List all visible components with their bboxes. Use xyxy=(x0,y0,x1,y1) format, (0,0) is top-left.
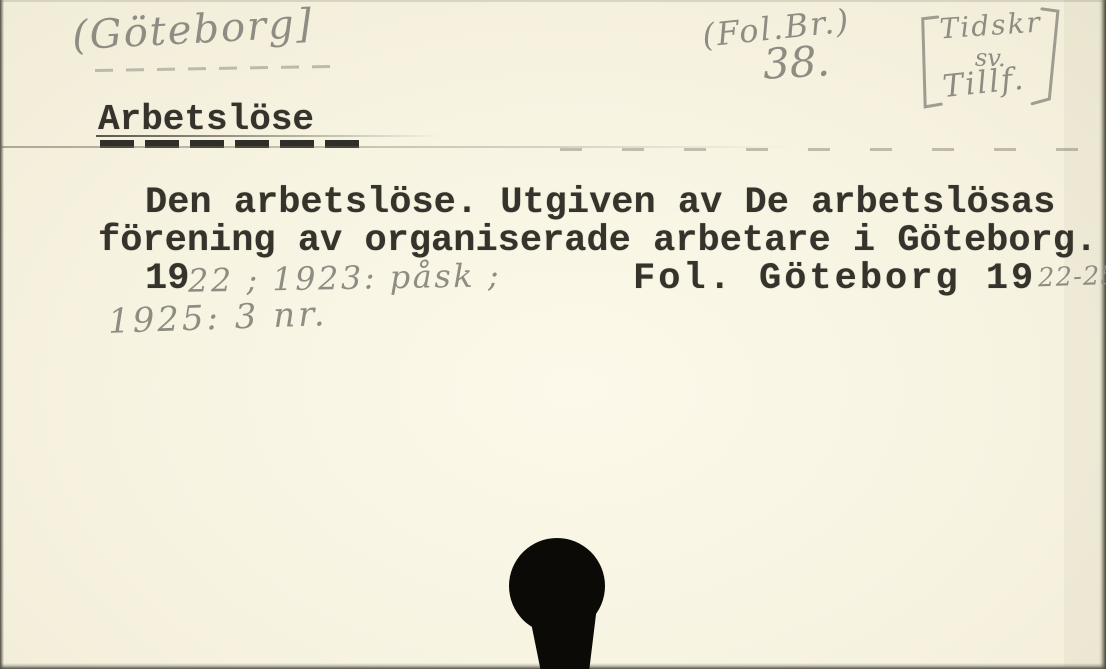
scan-edge-right xyxy=(1099,0,1106,669)
scan-edge-left xyxy=(0,0,4,669)
pencil-number: 38. xyxy=(762,40,831,85)
pencil-holdings: 1925: 3 nr. xyxy=(107,297,328,339)
body-line1: Den arbetslöse. Utgiven av De arbetslösa… xyxy=(145,185,1055,222)
corner-box-line3: Tillf. xyxy=(941,64,1026,103)
ruled-line-dashes xyxy=(560,148,1105,151)
pencil-dashed-underline xyxy=(95,65,330,72)
corner-box-line1: Tidskr xyxy=(939,8,1043,43)
pencil-place-annotation: (Göteborg] xyxy=(71,4,314,57)
typed-year-prefix: 19 xyxy=(145,261,189,298)
pencil-corner-box: Tidskr sv. Tillf. xyxy=(912,1,1074,122)
heading-thin-underline xyxy=(96,135,441,137)
typed-imprint: Fol. Göteborg 19 xyxy=(633,261,1036,298)
pencil-year-range: 22-25 xyxy=(1038,263,1106,292)
pencil-years: 22 ; 1923: påsk ; xyxy=(188,259,502,296)
body-line2: förening av organiserade arbetare i Göte… xyxy=(98,223,1097,260)
card-heading: Arbetslöse xyxy=(98,102,314,138)
catalog-card-scan: (Göteborg] (Fol.Br.) 38. Tidskr sv. Till… xyxy=(0,0,1106,669)
punch-hole-stem xyxy=(526,598,598,669)
